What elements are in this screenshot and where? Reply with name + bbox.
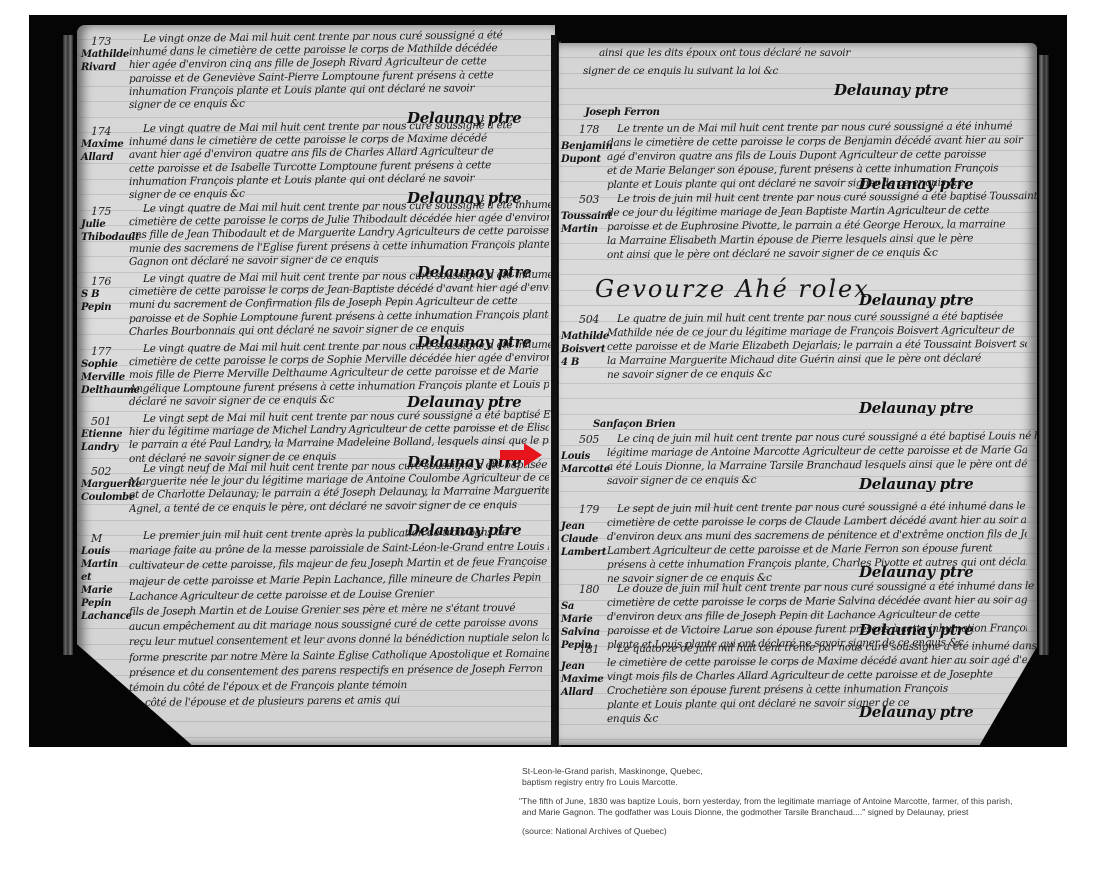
ruled-line: [559, 104, 1037, 105]
handwritten-line: forme prescrite par notre Mère la Sainte…: [129, 647, 549, 663]
margin-name: Sophie: [81, 359, 118, 370]
ruled-line: [77, 737, 555, 738]
registry-photo: 173MathildeRivardLe vingt onze de Mai mi…: [29, 15, 1067, 747]
handwritten-line: Lambert Agriculteur de cette paroisse et…: [607, 542, 1027, 557]
ruled-line: [559, 739, 1037, 740]
entry-number: 505: [579, 433, 599, 446]
margin-name: Maxime: [561, 674, 603, 685]
margin-name: Joseph Ferron: [585, 107, 660, 118]
handwritten-line: agé d'environ quatre ans fils de Louis D…: [607, 148, 1027, 163]
entry-number: 177: [91, 345, 111, 358]
highlighted-margin-name: Marcotte: [561, 464, 610, 475]
handwritten-line: témoin du côté de l'époux et de François…: [129, 678, 549, 694]
caption-quote-line-2: and Marie Gagnon. The godfather was Loui…: [522, 807, 1082, 818]
margin-name: Pepin: [81, 598, 111, 609]
louis-marcotte-entry-line: légitime mariage de Antoine Marcotte Agr…: [607, 444, 1027, 459]
handwritten-line: ainsi que les dits époux ont tous déclar…: [599, 47, 1019, 59]
handwritten-line: le cimetière de cette paroisse le corps …: [607, 654, 1027, 669]
priest-signature: Delaunay ptre: [859, 563, 973, 581]
handwritten-line: Agnel, a tenté de ce enquis le père, ont…: [129, 498, 549, 514]
louis-marcotte-entry-line: a été Louis Dionne, la Marraine Tarsile …: [607, 458, 1027, 473]
margin-name: Lambert: [561, 547, 606, 558]
entry-number: 503: [579, 193, 599, 206]
handwritten-line: cimetière de cette paroisse le corps de …: [607, 594, 1027, 609]
entry-number: 174: [91, 125, 111, 138]
handwritten-line: vingt mois fils de Charles Allard Agricu…: [607, 668, 1027, 683]
priest-signature: Delaunay ptre: [859, 475, 973, 493]
handwritten-line: mariage faite au prône de la messe paroi…: [129, 541, 549, 557]
margin-name: Allard: [81, 152, 113, 163]
handwritten-line: paroisse et de Euphrosine Pivotte, le pa…: [607, 218, 1027, 233]
priest-signature: Delaunay ptre: [859, 291, 973, 309]
entry-number: 180: [579, 583, 599, 596]
margin-name: Etienne: [81, 429, 122, 440]
handwritten-line: Le quatorze de juin mil huit cent trente…: [617, 640, 1037, 655]
caption: St-Leon-le-Grand parish, Maskinonge, Que…: [522, 766, 1082, 837]
margin-name: Pepin: [81, 302, 111, 313]
handwritten-line: fils de Joseph Martin et de Louise Greni…: [129, 602, 549, 618]
entry-number: 173: [91, 35, 111, 48]
margin-name: Merville: [81, 372, 125, 383]
louis-marcotte-entry-line: Le cinq de juin mil huit cent trente par…: [617, 430, 1037, 445]
margin-name: Jean: [561, 521, 585, 532]
priest-signature: Delaunay ptre: [859, 703, 973, 721]
handwritten-line: la Marraine Marguerite Michaud dite Guér…: [607, 352, 1027, 367]
margin-name: Marie: [561, 614, 592, 625]
margin-name: Salvina: [561, 627, 600, 638]
margin-name: Julie: [81, 219, 105, 230]
margin-name: Marie: [81, 585, 112, 596]
handwritten-line: la Marraine Élisabeth Martin épouse de P…: [607, 232, 1027, 247]
handwritten-line: reçu leur mutuel consentement et leur av…: [129, 632, 549, 648]
margin-name: Rivard: [81, 62, 116, 73]
handwritten-line: Le premier juin mil huit cent trente apr…: [143, 526, 555, 542]
margin-name: Mathilde: [561, 331, 609, 342]
ruled-line: [77, 721, 555, 722]
right-page: ainsi que les dits époux ont tous déclar…: [559, 43, 1037, 745]
margin-name: Maxime: [81, 139, 123, 150]
section-heading: Gevourze Ahé rolex: [595, 275, 870, 303]
handwritten-line: du côté de l'épouse et de plusieurs pare…: [129, 693, 549, 709]
margin-name: Coulombe: [81, 492, 135, 503]
handwritten-line: signer de ce enquis lu suivant la loi &c: [583, 65, 1003, 77]
handwritten-line: Lachance Agriculteur de cette paroisse e…: [129, 586, 549, 602]
margin-name: Sa: [561, 601, 574, 612]
ruled-line: [559, 88, 1037, 89]
caption-location: St-Leon-le-Grand parish, Maskinonge, Que…: [522, 766, 1082, 777]
margin-name: Benjamin: [561, 141, 612, 152]
margin-name: Toussaint: [561, 211, 612, 222]
margin-name: Lachance: [81, 611, 132, 622]
handwritten-line: de ce jour du légitime mariage de Jean B…: [607, 204, 1027, 219]
margin-name: Allard: [561, 687, 593, 698]
handwritten-line: Le sept de juin mil huit cent trente par…: [617, 500, 1037, 515]
red-arrow-icon: [500, 443, 542, 467]
handwritten-line: ne savoir signer de ce enquis &c: [607, 366, 1027, 381]
entry-number: 176: [91, 275, 111, 288]
entry-number: 504: [579, 313, 599, 326]
margin-name: S B: [81, 289, 99, 300]
margin-name: Mathilde: [81, 49, 129, 60]
caption-quote-line-1: "The fifth of June, 1830 was baptize Lou…: [519, 796, 1082, 807]
entry-number: 179: [579, 503, 599, 516]
handwritten-line: Le trois de juin mil huit cent trente pa…: [617, 190, 1037, 205]
margin-name: Boisvert: [561, 344, 605, 355]
handwritten-line: d'environ deux ans muni des sacremens de…: [607, 528, 1027, 543]
ruled-line: [559, 383, 1037, 384]
handwritten-line: Le douze de juin mil huit cent trente pa…: [617, 580, 1037, 595]
right-page-edges: [1039, 55, 1049, 655]
margin-name: Louis: [81, 546, 110, 557]
margin-name: Claude: [561, 534, 598, 545]
margin-name: 4 B: [561, 357, 579, 368]
entry-number: M: [91, 532, 102, 545]
handwritten-line: présence et du consentement des parens r…: [129, 662, 549, 678]
margin-name: Martin: [561, 224, 598, 235]
margin-name: Jean: [561, 661, 585, 672]
handwritten-line: Le quatre de juin mil huit cent trente p…: [617, 310, 1037, 325]
entry-number: 501: [91, 415, 111, 428]
handwritten-line: aucun empêchement au dit mariage nous so…: [129, 617, 549, 633]
left-page: 173MathildeRivardLe vingt onze de Mai mi…: [77, 25, 555, 745]
caption-source: (source: National Archives of Quebec): [522, 826, 1082, 837]
margin-name: Martin: [81, 559, 118, 570]
left-page-edges: [63, 35, 73, 655]
handwritten-line: majeur de cette paroisse et Marie Pepin …: [129, 571, 549, 587]
entry-number: 178: [579, 123, 599, 136]
entry-number: 502: [91, 465, 111, 478]
margin-name: Dupont: [561, 154, 601, 165]
priest-signature: Delaunay ptre: [859, 621, 973, 639]
margin-note: Sanfaçon Brien: [593, 419, 675, 430]
entry-number: 175: [91, 205, 111, 218]
margin-name: Landry: [81, 442, 118, 453]
handwritten-line: cimetière de cette paroisse le corps de …: [607, 514, 1027, 529]
caption-description: baptism registry entry fro Louis Marcott…: [522, 777, 1082, 788]
handwritten-line: dans le cimetière de cette paroisse le c…: [607, 134, 1027, 149]
priest-signature: Delaunay ptre: [859, 399, 973, 417]
handwritten-line: Crochetière son épouse furent présens à …: [607, 682, 1027, 697]
handwritten-line: Le trente un de Mai mil huit cent trente…: [617, 120, 1037, 135]
highlighted-margin-name: Louis: [561, 451, 590, 462]
entry-number: 181: [579, 643, 599, 656]
book-spine: [551, 35, 557, 747]
priest-signature: Delaunay ptre: [834, 81, 948, 99]
margin-name: et: [81, 572, 91, 583]
handwritten-line: cultivateur de cette paroisse, fils maje…: [129, 556, 549, 572]
